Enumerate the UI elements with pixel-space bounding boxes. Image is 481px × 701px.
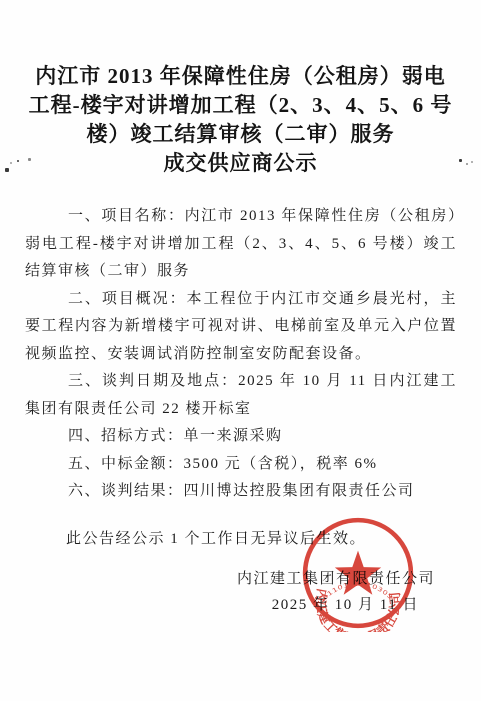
paragraph-project-name: 一、项目名称：内江市 2013 年保障性住房（公租房）弱电工程-楼宇对讲增加工程… bbox=[25, 203, 457, 286]
svg-text:5110115010303: 5110115010303 bbox=[322, 582, 393, 602]
scan-speck bbox=[5, 168, 9, 172]
document-body: 一、项目名称：内江市 2013 年保障性住房（公租房）弱电工程-楼宇对讲增加工程… bbox=[0, 203, 481, 506]
seal-serial-number: 5110115010303 bbox=[322, 582, 393, 602]
title-line-1: 内江市 2013 年保障性住房（公租房）弱电 bbox=[0, 62, 481, 91]
paragraph-project-overview: 二、项目概况：本工程位于内江市交通乡晨光村，主要工程内容为新增楼宇可视对讲、电梯… bbox=[25, 286, 457, 369]
title-line-3: 楼）竣工结算审核（二审）服务 bbox=[0, 120, 481, 149]
company-seal: 内江建工集团有限责任公司 5110115010303 bbox=[299, 514, 417, 632]
scan-speck bbox=[471, 161, 473, 163]
title-line-2: 工程-楼宇对讲增加工程（2、3、4、5、6 号 bbox=[0, 91, 481, 120]
paragraph-bidding-method: 四、招标方式：单一来源采购 bbox=[25, 423, 457, 451]
title-line-4: 成交供应商公示 bbox=[0, 149, 481, 178]
paragraph-negotiation-result: 六、谈判结果：四川博达控股集团有限责任公司 bbox=[25, 478, 457, 506]
scan-speck bbox=[17, 160, 19, 162]
scan-speck bbox=[459, 159, 462, 162]
paragraph-negotiation-date-place: 三、谈判日期及地点：2025 年 10 月 11 日内江建工集团有限责任公司 2… bbox=[25, 368, 457, 423]
scan-speck bbox=[28, 158, 31, 161]
document-title: 内江市 2013 年保障性住房（公租房）弱电 工程-楼宇对讲增加工程（2、3、4… bbox=[0, 62, 481, 178]
scan-speck bbox=[10, 162, 12, 164]
scan-speck bbox=[466, 163, 468, 165]
document-page: 内江市 2013 年保障性住房（公租房）弱电 工程-楼宇对讲增加工程（2、3、4… bbox=[0, 0, 481, 701]
paragraph-award-amount: 五、中标金额：3500 元（含税），税率 6% bbox=[25, 451, 457, 479]
closing-statement: 此公告经公示 1 个工作日无异议后生效。 bbox=[66, 526, 481, 554]
